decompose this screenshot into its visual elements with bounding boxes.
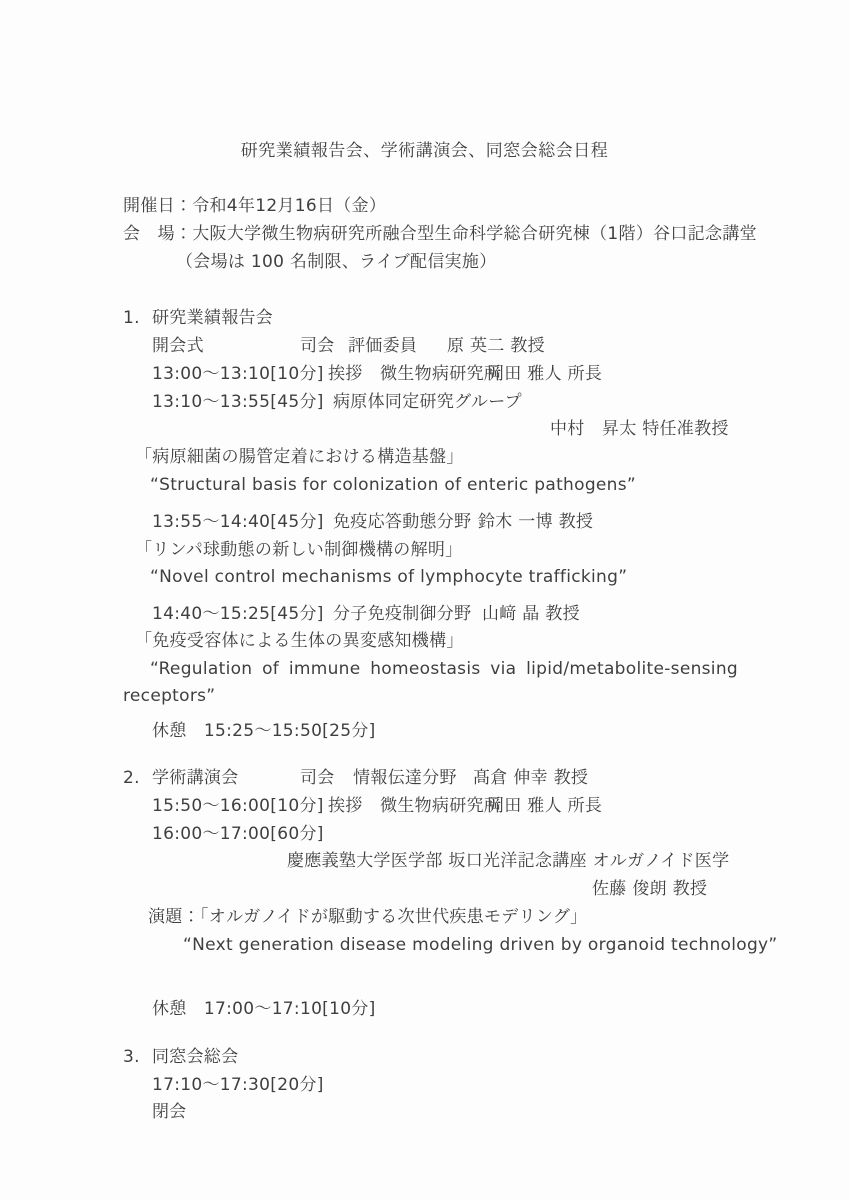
talk1-title-ja: 「病原細菌の腸管定着における構造基盤」 — [135, 445, 464, 469]
talk3-speaker: 山﨑 晶 教授 — [482, 602, 580, 626]
venue-line: 会 場：大阪大学微生物病研究所融合型生命科学総合研究棟（1階）谷口記念講堂 — [123, 222, 757, 246]
section3-heading: 同窓会総会 — [152, 1045, 239, 1069]
talk1-time: 13:10～13:55[45分] — [152, 390, 324, 414]
venue-note: （会場は 100 名制限、ライブ配信実施） — [176, 250, 497, 274]
section1-greeting-org: 微生物病研究所 — [380, 362, 501, 386]
section2-greeting-time: 15:50～16:00[10分] — [152, 794, 324, 818]
talk1-division: 病原体同定研究グループ — [333, 390, 522, 414]
section1-mc-division: 評価委員 — [348, 334, 417, 358]
talk3-title-ja: 「免疫受容体による生体の異変感知機構」 — [135, 629, 464, 653]
section1-opening-label: 開会式 — [152, 334, 204, 358]
talk2-title-en: “Novel control mechanisms of lymphocyte … — [150, 565, 627, 589]
talk3-title-en-line2: receptors” — [123, 684, 215, 708]
section1-break: 休憩 15:25～15:50[25分] — [152, 719, 376, 743]
section2-greeting-org: 微生物病研究所 — [380, 794, 501, 818]
section1-greeting-label: 挨拶 — [328, 362, 363, 386]
section2-number: 2. — [123, 766, 140, 790]
section1-greeting-time: 13:00～13:10[10分] — [152, 362, 324, 386]
talk2-time: 13:55～14:40[45分] — [152, 510, 324, 534]
schedule-document-page: 研究業績報告会、学術講演会、同窓会総会日程 開催日：令和4年12月16日（金） … — [0, 0, 849, 1200]
lecture-speaker: 佐藤 俊朗 教授 — [592, 877, 707, 901]
section1-mc-name: 原 英二 教授 — [447, 334, 545, 358]
talk3-division: 分子免疫制御分野 — [333, 602, 471, 626]
talk2-speaker: 鈴木 一博 教授 — [478, 510, 593, 534]
talk2-title-ja: 「リンパ球動態の新しい制御機構の解明」 — [135, 538, 463, 562]
section1-number: 1. — [123, 306, 140, 330]
lecture-time: 16:00～17:00[60分] — [152, 822, 324, 846]
section3-number: 3. — [123, 1045, 140, 1069]
section2-greeting-name: 岡田 雅人 所長 — [487, 794, 602, 818]
talk3-time: 14:40～15:25[45分] — [152, 602, 324, 626]
section2-mc-label: 司会 — [300, 766, 335, 790]
section1-heading: 研究業績報告会 — [152, 306, 273, 330]
lecture-title-ja: 演題：「オルガノイドが駆動する次世代疾患モデリング」 — [148, 905, 587, 929]
section2-heading: 学術講演会 — [152, 766, 239, 790]
section2-greeting-label: 挨拶 — [328, 794, 363, 818]
section2-mc-division: 情報伝達分野 — [353, 766, 457, 790]
section1-greeting-name: 岡田 雅人 所長 — [487, 362, 602, 386]
section3-time: 17:10～17:30[20分] — [152, 1073, 324, 1097]
talk1-title-en: “Structural basis for colonization of en… — [150, 473, 636, 497]
lecture-title-en: “Next generation disease modeling driven… — [183, 933, 778, 957]
document-title: 研究業績報告会、学術講演会、同窓会総会日程 — [0, 139, 849, 163]
section2-break: 休憩 17:00～17:10[10分] — [152, 997, 376, 1021]
section1-mc-label: 司会 — [300, 334, 335, 358]
event-date-line: 開催日：令和4年12月16日（金） — [123, 194, 386, 218]
section3-closing: 閉会 — [152, 1100, 187, 1124]
talk2-division: 免疫応答動態分野 — [333, 510, 471, 534]
lecture-affiliation: 慶應義塾大学医学部 坂口光洋記念講座 オルガノイド医学 — [287, 849, 729, 873]
talk3-title-en-line1: “Regulation of immune homeostasis via li… — [150, 657, 738, 681]
talk1-speaker: 中村 昇太 特任准教授 — [550, 417, 729, 441]
section2-mc-name: 髙倉 伸幸 教授 — [473, 766, 588, 790]
